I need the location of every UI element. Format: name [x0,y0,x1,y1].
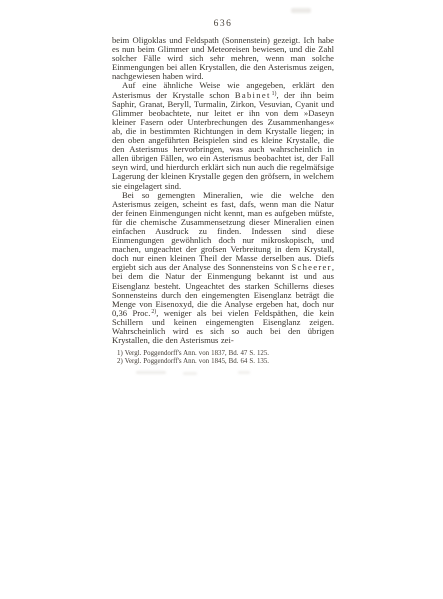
paragraph-continuation: beim Oligoklas und Feldspath (Sonnenstei… [112,36,334,81]
scan-artifact [136,371,166,374]
scan-artifact [183,372,197,375]
footnote-2-label: 2) [117,358,123,365]
paragraph-1-text: beim Oligoklas und Feldspath (Sonnenstei… [112,35,334,81]
scan-artifact [238,371,250,374]
footnote-2-text: Vergl. Poggendorff's Ann. von 1845, Bd. … [125,358,269,365]
scan-artifact [291,8,311,13]
footnote-1-label: 1) [117,350,123,357]
footnote-1: 1)Vergl. Poggendorff's Ann. von 1837, Bd… [117,350,334,358]
footnote-1-text: Vergl. Poggendorff's Ann. von 1837, Bd. … [125,350,269,357]
footnote-2: 2)Vergl. Poggendorff's Ann. von 1845, Bd… [117,358,334,366]
footnotes-block: 1)Vergl. Poggendorff's Ann. von 1837, Bd… [112,350,334,366]
paragraph-scheerer: Bei so gemengten Mineralien, wie die wel… [112,191,334,346]
page-number: 636 [112,19,334,29]
paragraph-3-text-a: Bei so gemengten Mineralien, wie die wel… [112,190,334,273]
scanned-book-page: 636 beim Oligoklas und Feldspath (Sonnen… [0,0,443,599]
paragraph-2-text-b: , der ihn beim Saphir, Granat, Beryll, T… [112,90,334,191]
body-text-block: beim Oligoklas und Feldspath (Sonnenstei… [112,36,334,367]
paragraph-babinet: Auf eine ähnliche Weise wie angegeben, e… [112,81,334,190]
